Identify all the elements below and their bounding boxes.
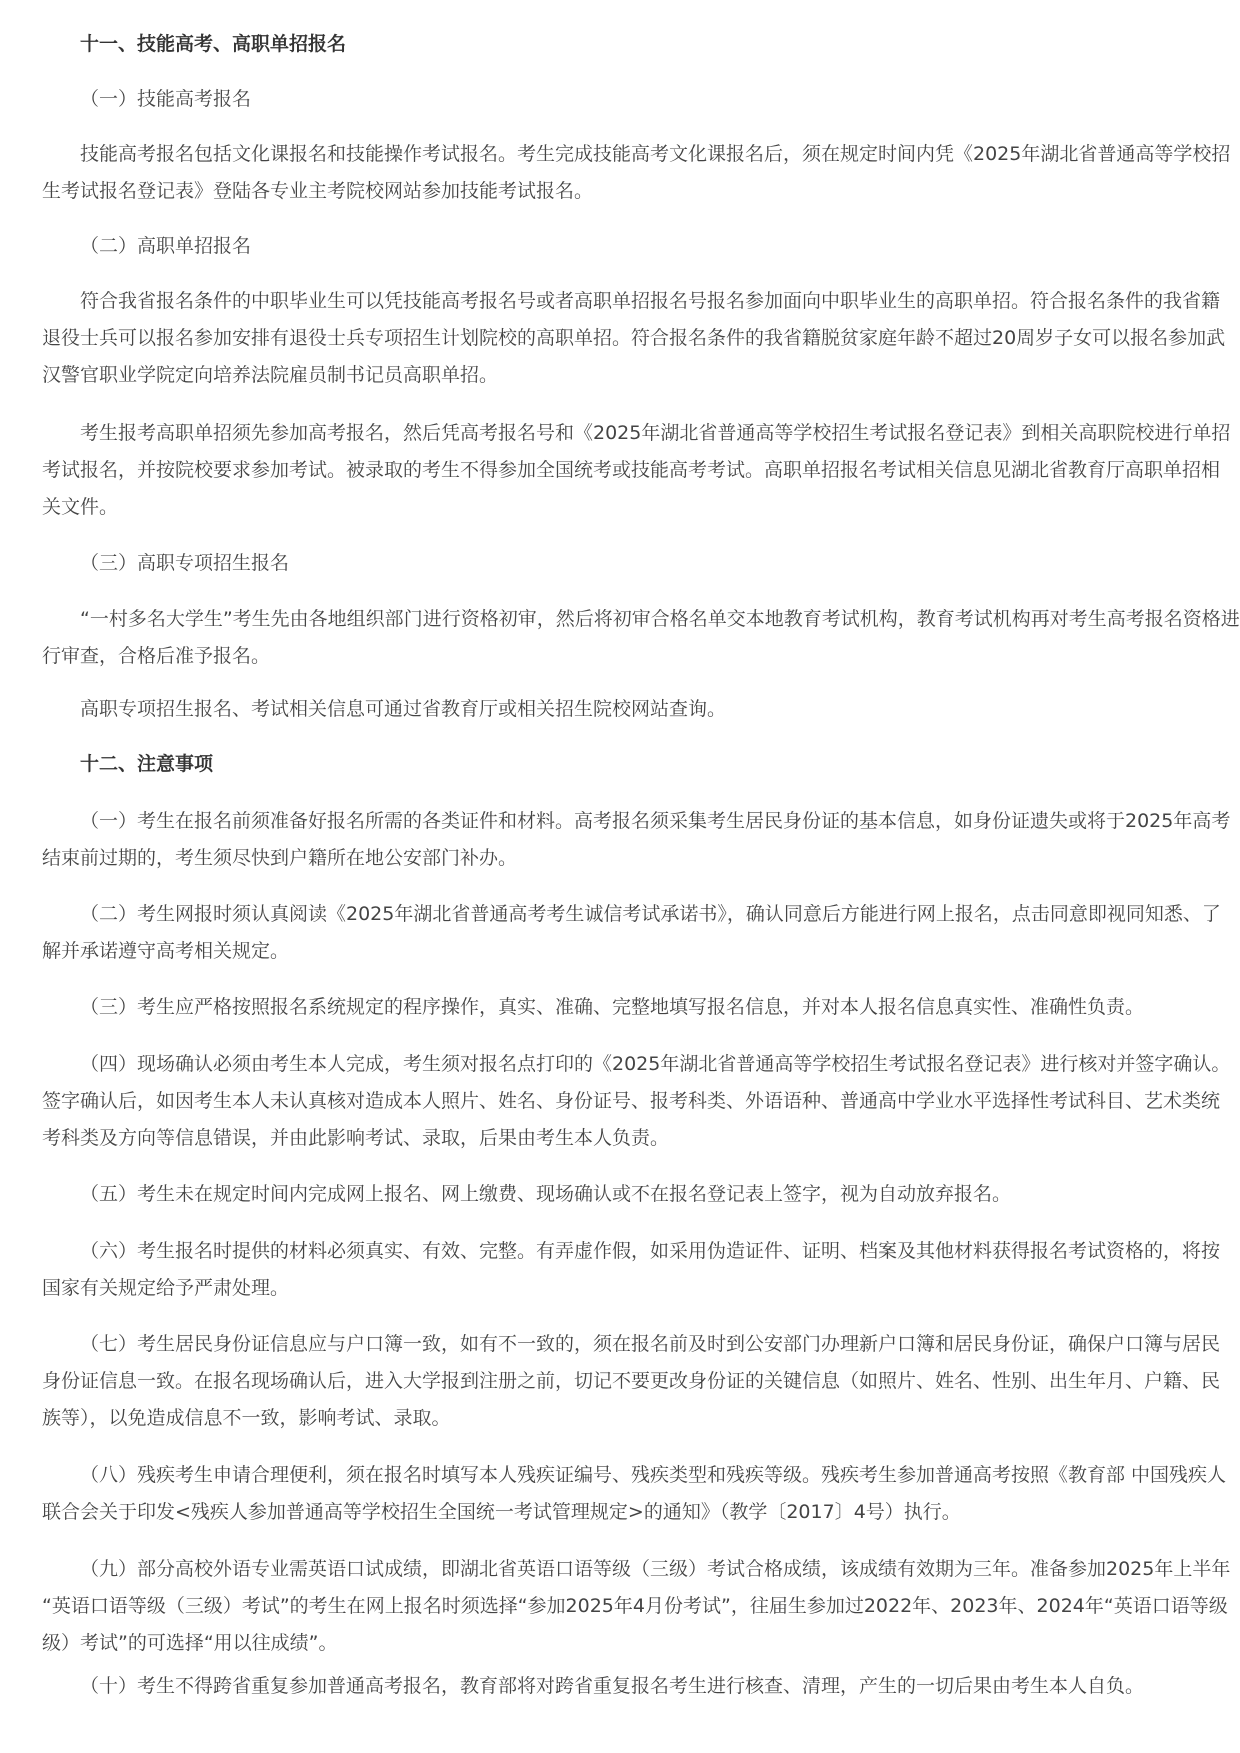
text-line: 行审查，合格后准予报名。	[42, 638, 1200, 675]
text-line: 身份证信息一致。在报名现场确认后，进入大学报到注册之前，切记不要更改身份证的关键…	[42, 1363, 1200, 1400]
text-line: （二）高职单招报名	[80, 228, 1200, 265]
text-line: 族等），以免造成信息不一致，影响考试、录取。	[42, 1400, 1200, 1437]
text-line: 解并承诺遵守高考相关规定。	[42, 933, 1200, 970]
text-line: 关文件。	[42, 489, 1200, 526]
text-line: 联合会关于印发<残疾人参加普通高等学校招生全国统一考试管理规定>的通知》（教学〔…	[42, 1494, 1200, 1531]
text-line: （三）考生应严格按照报名系统规定的程序操作，真实、准确、完整地填写报名信息，并对…	[80, 989, 1200, 1026]
text-line: “一村多名大学生”考生先由各地组织部门进行资格初审，然后将初审合格名单交本地教育…	[80, 601, 1200, 638]
text-line: （二）考生网报时须认真阅读《2025年湖北省普通高考考生诚信考试承诺书》，确认同…	[80, 896, 1200, 933]
text-line: 高职专项招生报名、考试相关信息可通过省教育厅或相关招生院校网站查询。	[80, 691, 1200, 728]
text-line: （七）考生居民身份证信息应与户口簿一致，如有不一致的，须在报名前及时到公安部门办…	[80, 1326, 1200, 1363]
text-line: 技能高考报名包括文化课报名和技能操作考试报名。考生完成技能高考文化课报名后，须在…	[80, 136, 1200, 173]
text-line: 考生报考高职单招须先参加高考报名，然后凭高考报名号和《2025年湖北省普通高等学…	[80, 415, 1200, 452]
text-line: （五）考生未在规定时间内完成网上报名、网上缴费、现场确认或不在报名登记表上签字，…	[80, 1176, 1200, 1213]
text-line: 十一、技能高考、高职单招报名	[80, 26, 1200, 63]
text-line: （十）考生不得跨省重复参加普通高考报名，教育部将对跨省重复报名考生进行核查、清理…	[80, 1668, 1200, 1705]
text-line: （一）技能高考报名	[80, 81, 1200, 118]
text-line: 符合我省报名条件的中职毕业生可以凭技能高考报名号或者高职单招报名号报名参加面向中…	[80, 283, 1200, 320]
text-line: （四）现场确认必须由考生本人完成，考生须对报名点打印的《2025年湖北省普通高等…	[80, 1046, 1200, 1083]
text-line: “英语口语等级（三级）考试”的考生在网上报名时须选择“参加2025年4月份考试”…	[42, 1588, 1200, 1625]
text-line: （一）考生在报名前须准备好报名所需的各类证件和材料。高考报名须采集考生居民身份证…	[80, 803, 1200, 840]
text-line: 退役士兵可以报名参加安排有退役士兵专项招生计划院校的高职单招。符合报名条件的我省…	[42, 320, 1200, 357]
text-line: 级）考试”的可选择“用以往成绩”。	[42, 1625, 1200, 1662]
text-line: 汉警官职业学院定向培养法院雇员制书记员高职单招。	[42, 357, 1200, 394]
text-line: （八）残疾考生申请合理便利，须在报名时填写本人残疾证编号、残疾类型和残疾等级。残…	[80, 1457, 1200, 1494]
text-line: （三）高职专项招生报名	[80, 545, 1200, 582]
text-line: 考试报名，并按院校要求参加考试。被录取的考生不得参加全国统考或技能高考考试。高职…	[42, 452, 1200, 489]
text-line: 考科类及方向等信息错误，并由此影响考试、录取，后果由考生本人负责。	[42, 1120, 1200, 1157]
text-line: 十二、注意事项	[80, 746, 1200, 783]
text-line: 生考试报名登记表》登陆各专业主考院校网站参加技能考试报名。	[42, 173, 1200, 210]
text-line: 结束前过期的，考生须尽快到户籍所在地公安部门补办。	[42, 840, 1200, 877]
text-line: （九）部分高校外语专业需英语口试成绩，即湖北省英语口语等级（三级）考试合格成绩，…	[80, 1551, 1200, 1588]
text-line: （六）考生报名时提供的材料必须真实、有效、完整。有弄虚作假，如采用伪造证件、证明…	[80, 1233, 1200, 1270]
text-line: 国家有关规定给予严肃处理。	[42, 1270, 1200, 1307]
text-line: 签字确认后，如因考生本人未认真核对造成本人照片、姓名、身份证号、报考科类、外语语…	[42, 1083, 1200, 1120]
